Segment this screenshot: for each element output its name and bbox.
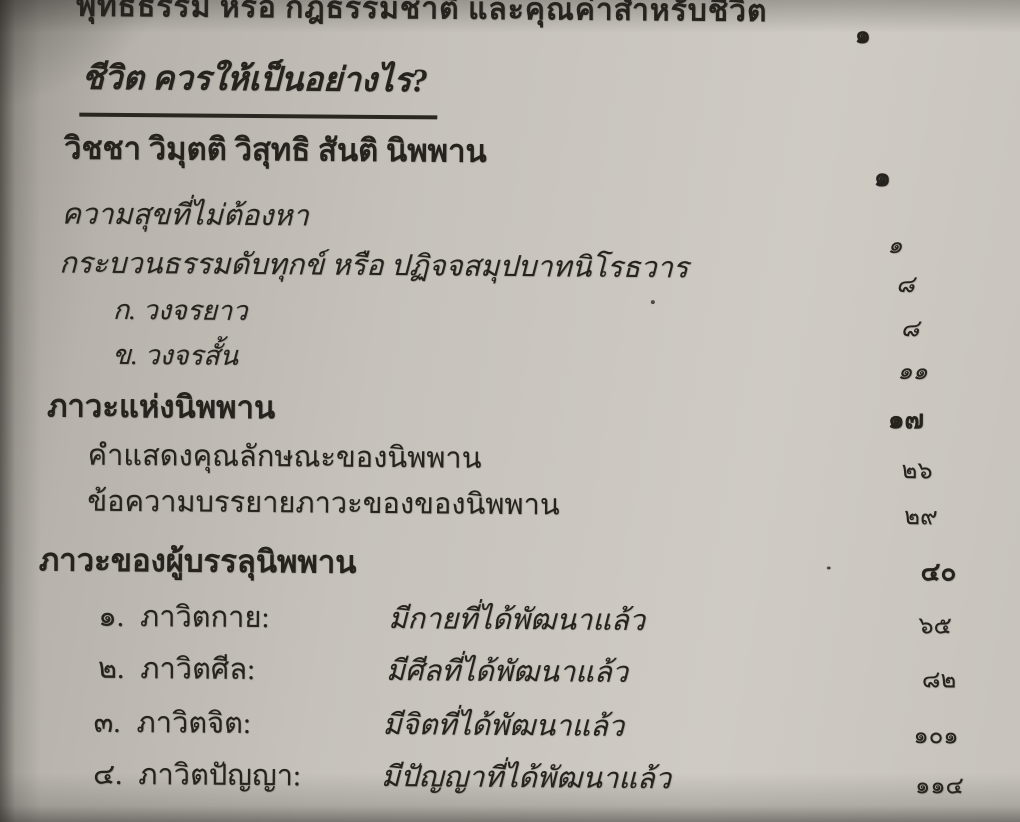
toc-entry-label: ภาวิตปัญญา: <box>138 759 301 792</box>
entry-number: ๑. <box>98 593 124 639</box>
toc-entry: วิชชา วิมุตติ วิสุทธิ สันติ นิพพาน ๑ <box>64 122 487 175</box>
page-number: ๘๒ <box>922 659 957 698</box>
toc-numbered-entry: ๓.ภาวิตจิต: มีจิตที่ได้พัฒนาแล้ว ๑๐๑ <box>93 699 251 746</box>
toc-subentry: คำแสดงคุณลักษณะของนิพพาน ๒๖ <box>87 432 481 481</box>
toc-numbered-entry: ๑.ภาวิตกาย: มีกายที่ได้พัฒนาแล้ว ๖๕ <box>98 593 269 640</box>
toc-subentry: ข้อความบรรยายภาวะของของนิพพาน ๒๙ <box>87 478 560 528</box>
toc-entry: ความสุขที่ไม่ต้องหา ๑ <box>61 190 309 238</box>
chapter-title-cropped: พุทธธรรม หรือ กฎธรรมชาติ และคุณค่าสำหรับ… <box>76 0 768 35</box>
page-number: ๒๖ <box>901 450 932 489</box>
page-number: ๘ <box>896 264 915 303</box>
toc-entry-description: มีกายที่ได้พัฒนาแล้ว <box>388 595 645 643</box>
entry-number: ๒. <box>98 645 125 691</box>
entry-number: ๓. <box>93 699 120 745</box>
contents-heading-label: ชีวิต ควรให้เป็นอย่างไร? <box>79 51 438 120</box>
toc-entry-description: มีจิตที่ได้พัฒนาแล้ว <box>382 701 624 749</box>
page-number: ๑ <box>855 15 872 55</box>
toc-entry-label: ภาวิตศีล: <box>140 653 255 686</box>
page-number: ๑ <box>887 225 903 264</box>
page-number: ๒๙ <box>904 496 938 535</box>
dust-speck <box>827 566 831 569</box>
page-number: ๑๐๑ <box>913 715 958 754</box>
toc-entry-description: มีปัญญาที่ได้พัฒนาแล้ว <box>381 753 671 801</box>
toc-entry-label: ภาวิตจิต: <box>136 707 251 740</box>
book-page-photo: พุทธธรรม หรือ กฎธรรมชาติ และคุณค่าสำหรับ… <box>0 0 1020 822</box>
page-content: พุทธธรรม หรือ กฎธรรมชาติ และคุณค่าสำหรับ… <box>0 0 1020 822</box>
toc-numbered-entry: ๔.ภาวิตปัญญา: มีปัญญาที่ได้พัฒนาแล้ว ๑๑๔ <box>93 751 301 799</box>
chapter-title-label: พุทธธรรม หรือ กฎธรรมชาติ และคุณค่าสำหรับ… <box>76 0 768 28</box>
page-number: ๘ <box>901 308 920 347</box>
toc-entry-label: คำแสดงคุณลักษณะของนิพพาน <box>88 440 482 475</box>
toc-section-header: ภาวะของผู้บรรลุนิพพาน ๔๐ <box>39 534 357 586</box>
toc-entry-description: มีศีลที่ได้พัฒนาแล้ว <box>386 647 628 695</box>
toc-entry-label: ข้อความบรรยายภาวะของของนิพพาน <box>87 486 560 522</box>
toc-entry-label: วิชชา วิมุตติ วิสุทธิ สันติ นิพพาน <box>64 130 487 168</box>
contents-heading: ชีวิต ควรให้เป็นอย่างไร? <box>79 51 438 120</box>
toc-numbered-entry: ๒.ภาวิตศีล: มีศีลที่ได้พัฒนาแล้ว ๘๒ <box>98 645 255 692</box>
page-number: ๑๑๔ <box>915 765 964 804</box>
entry-number: ๔. <box>93 751 123 797</box>
page-number: ๔๐ <box>921 551 957 592</box>
page-number: ๑๗ <box>888 399 924 440</box>
toc-entry: กระบวนธรรมดับทุกข์ หรือ ปฏิจจสมุปบาทนิโร… <box>59 239 689 290</box>
toc-entry-label: ก. วงจรยาว <box>113 295 248 326</box>
dust-speck <box>651 300 655 304</box>
toc-entry-label: ความสุขที่ไม่ต้องหา <box>61 198 308 232</box>
toc-subentry: ข. วงจรสั้น ๑๑ <box>112 333 238 377</box>
toc-entry-label: กระบวนธรรมดับทุกข์ หรือ ปฏิจจสมุปบาทนิโร… <box>59 247 688 284</box>
toc-entry-label: ภาวะแห่งนิพพาน <box>47 388 275 425</box>
page-number: ๑๑ <box>897 351 928 390</box>
toc-section-header: ภาวะแห่งนิพพาน ๑๗ <box>47 380 276 432</box>
toc-entry-label: ภาวิตกาย: <box>140 601 270 634</box>
toc-entry-label: ภาวะของผู้บรรลุนิพพาน <box>39 542 357 579</box>
toc-entry-label: ข. วงจรสั้น <box>112 340 238 371</box>
toc-subentry: ก. วงจรยาว ๘ <box>113 288 248 332</box>
page-number: ๑ <box>874 155 891 198</box>
page-number: ๖๕ <box>918 605 952 644</box>
